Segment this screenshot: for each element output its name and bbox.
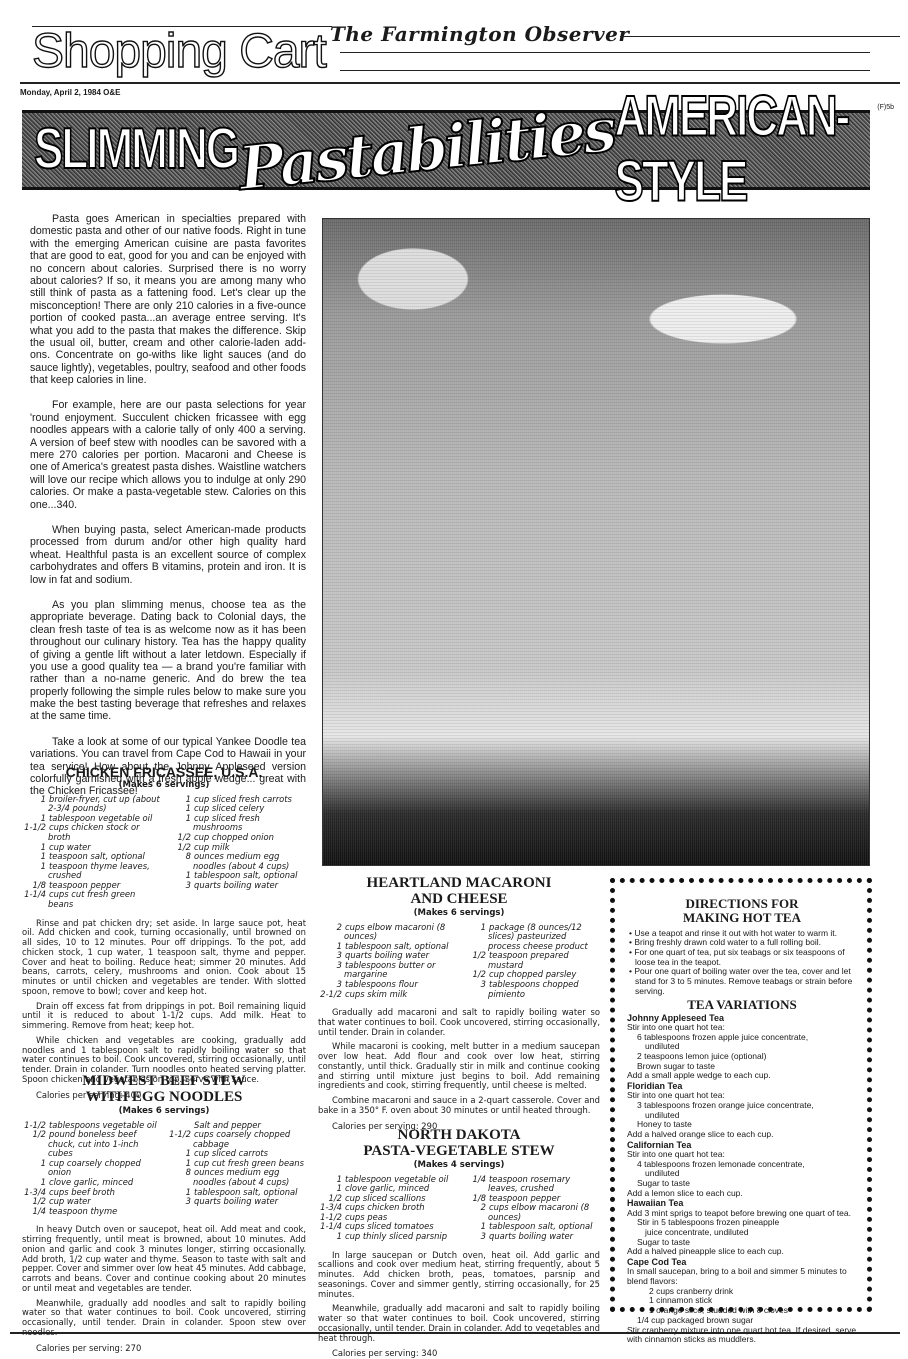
recipe-servings: (Makes 6 servings) <box>22 1106 306 1116</box>
variation-line: Stir cranberry mixture into one quart ho… <box>627 1326 857 1345</box>
recipe-servings: (Makes 6 servings) <box>22 780 306 790</box>
masthead-rule <box>340 70 870 71</box>
calories: Calories per serving: 340 <box>318 1348 600 1358</box>
ingredients-left: 1broiler-fryer, cut up (about 2-3/4 poun… <box>22 795 161 910</box>
ingredients: 1tablespoon vegetable oil 1clove garlic,… <box>318 1175 600 1242</box>
ingredients-right: Salt and pepper 1-1/2cups coarsely chopp… <box>167 1121 306 1217</box>
intro-paragraph: As you plan slimming menus, choose tea a… <box>30 599 306 723</box>
recipe-steps: In large saucepan or Dutch oven, heat oi… <box>318 1251 600 1344</box>
ingredient: 2cups elbow macaroni (8 ounces) <box>462 1203 600 1222</box>
intro-paragraph: Pasta goes American in specialties prepa… <box>30 213 306 386</box>
masthead-rule <box>620 36 900 37</box>
ingredient: 2cups elbow macaroni (8 ounces) <box>318 923 456 942</box>
recipe-title: PASTA-VEGETABLE STEW <box>318 1144 600 1160</box>
variation-line: Add a halved orange slice to each cup. <box>627 1130 857 1140</box>
step: In large saucepan or Dutch oven, heat oi… <box>318 1251 600 1300</box>
variation-line: Add a lemon slice to each cup. <box>627 1189 857 1199</box>
ingredient: 3quarts boiling water <box>462 1232 600 1242</box>
ingredient: 1/4teaspoon rosemary leaves, crushed <box>462 1175 600 1194</box>
ingredient: 1cup coarsely chopped onion <box>22 1159 161 1178</box>
intro-paragraph: When buying pasta, select American-made … <box>30 524 306 586</box>
recipe-title: WITH EGG NOODLES <box>22 1090 306 1106</box>
masthead: Shopping Cart The Farmington Observer <box>10 22 900 82</box>
ingredient: 1-1/2cups chicken stock or broth <box>22 823 161 842</box>
headline-script: Pastabilities <box>235 96 617 205</box>
step: Meanwhile, gradually add macaroni and sa… <box>318 1304 600 1343</box>
recipe-servings: (Makes 6 servings) <box>318 908 600 918</box>
tea-directions-box: DIRECTIONS FOR MAKING HOT TEA Use a teap… <box>610 878 872 1312</box>
recipe-title: MIDWEST BEEF STEW <box>22 1074 306 1090</box>
ingredient: 3tablespoons butter or margarine <box>318 961 456 980</box>
newspaper-name: The Farmington Observer <box>330 22 629 46</box>
recipe-heartland-macaroni: HEARTLAND MACARONI AND CHEESE (Makes 6 s… <box>318 876 600 1131</box>
step: Gradually add macaroni and salt to rapid… <box>318 1008 600 1037</box>
ingredient: 1package (8 ounces/12 slices) pasteurize… <box>462 923 600 952</box>
ingredients-right: 1package (8 ounces/12 slices) pasteurize… <box>462 923 600 1000</box>
recipe-title: CHICKEN FRICASSEE, U.S.A. <box>22 765 306 780</box>
ingredient: 1cup thinly sliced parsnip <box>318 1232 456 1242</box>
direction-item: For one quart of tea, put six teabags or… <box>627 948 857 967</box>
page-bottom-rule <box>10 1332 900 1334</box>
ingredients-left: 1-1/2tablespoons vegetable oil 1/2pound … <box>22 1121 161 1217</box>
recipe-chicken-fricassee: CHICKEN FRICASSEE, U.S.A. (Makes 6 servi… <box>22 765 306 1100</box>
tea-title: MAKING HOT TEA <box>627 911 857 925</box>
variation-line: Add a small apple wedge to each cup. <box>627 1071 857 1081</box>
ingredients: 2cups elbow macaroni (8 ounces) 1tablesp… <box>318 923 600 1000</box>
ingredients-right: 1/4teaspoon rosemary leaves, crushed 1/8… <box>462 1175 600 1242</box>
ingredient: 2-1/2cups skim milk <box>318 990 456 1000</box>
recipe-title: AND CHEESE <box>318 892 600 908</box>
variation-line: Add a halved pineapple slice to each cup… <box>627 1247 857 1257</box>
variation-line: In small saucepan, bring to a boil and s… <box>627 1267 857 1286</box>
ingredient: 3quarts boiling water <box>167 1197 306 1207</box>
intro-paragraph: For example, here are our pasta selectio… <box>30 399 306 511</box>
calories: Calories per serving: 270 <box>22 1343 306 1353</box>
step: Rinse and pat chicken dry; set aside. In… <box>22 919 306 997</box>
direction-item: Pour one quart of boiling water over the… <box>627 967 857 996</box>
tea-title: DIRECTIONS FOR <box>627 897 857 911</box>
ingredient: 1/4teaspoon thyme <box>22 1207 161 1217</box>
ingredient: 3quarts boiling water <box>167 881 306 891</box>
ingredients-right: 1cup sliced fresh carrots 1cup sliced ce… <box>167 795 306 910</box>
recipe-north-dakota-stew: NORTH DAKOTA PASTA-VEGETABLE STEW (Makes… <box>318 1128 600 1358</box>
section-title: Shopping Cart <box>32 28 326 76</box>
recipe-servings: (Makes 4 servings) <box>318 1160 600 1170</box>
recipe-midwest-beef-stew: MIDWEST BEEF STEW WITH EGG NOODLES (Make… <box>22 1074 306 1353</box>
ingredient: 3tablespoons chopped pimiento <box>462 980 600 999</box>
step: Drain off excess fat from drippings in p… <box>22 1002 306 1031</box>
tea-variations-title: TEA VARIATIONS <box>627 998 857 1012</box>
ingredients-left: 1tablespoon vegetable oil 1clove garlic,… <box>318 1175 456 1242</box>
step: In heavy Dutch oven or saucepot, heat oi… <box>22 1225 306 1293</box>
ingredients-left: 2cups elbow macaroni (8 ounces) 1tablesp… <box>318 923 456 1000</box>
ingredients: 1-1/2tablespoons vegetable oil 1/2pound … <box>22 1121 306 1217</box>
ingredient: 1-1/2cups coarsely chopped cabbage <box>167 1130 306 1149</box>
tea-directions: Use a teapot and rinse it out with hot w… <box>627 929 857 997</box>
ingredient: 1teaspoon thyme leaves, crushed <box>22 862 161 881</box>
headline-right: AMERICAN-STYLE <box>615 85 858 215</box>
ingredient: 1/2pound boneless beef chuck, cut into 1… <box>22 1130 161 1159</box>
masthead-rule <box>20 82 900 84</box>
page-code: (F)5b <box>877 104 894 111</box>
recipe-title: HEARTLAND MACARONI <box>318 876 600 892</box>
headline-banner: SLIMMING Pastabilities AMERICAN-STYLE <box>22 110 870 190</box>
recipe-steps: In heavy Dutch oven or saucepot, heat oi… <box>22 1225 306 1337</box>
step: Combine macaroni and sauce in a 2-quart … <box>318 1096 600 1116</box>
food-photo <box>322 218 870 866</box>
recipe-steps: Gradually add macaroni and salt to rapid… <box>318 1008 600 1116</box>
recipe-title: NORTH DAKOTA <box>318 1128 600 1144</box>
recipe-steps: Rinse and pat chicken dry; set aside. In… <box>22 919 306 1085</box>
ingredient: 1-1/4cups cut fresh green beans <box>22 890 161 909</box>
ingredient: 1cup sliced fresh mushrooms <box>167 814 306 833</box>
headline-left: SLIMMING <box>34 118 238 183</box>
ingredient: 8ounces medium egg noodles (about 4 cups… <box>167 852 306 871</box>
ingredient: 1broiler-fryer, cut up (about 2-3/4 poun… <box>22 795 161 814</box>
step: While macaroni is cooking, melt butter i… <box>318 1042 600 1091</box>
ingredients: 1broiler-fryer, cut up (about 2-3/4 poun… <box>22 795 306 910</box>
masthead-rule <box>340 52 870 53</box>
dateline: Monday, April 2, 1984 O&E <box>20 88 120 97</box>
ingredient: 8ounces medium egg noodles (about 4 cups… <box>167 1168 306 1187</box>
ingredient: 1/2teaspoon prepared mustard <box>462 951 600 970</box>
intro-article: Pasta goes American in specialties prepa… <box>30 213 306 811</box>
